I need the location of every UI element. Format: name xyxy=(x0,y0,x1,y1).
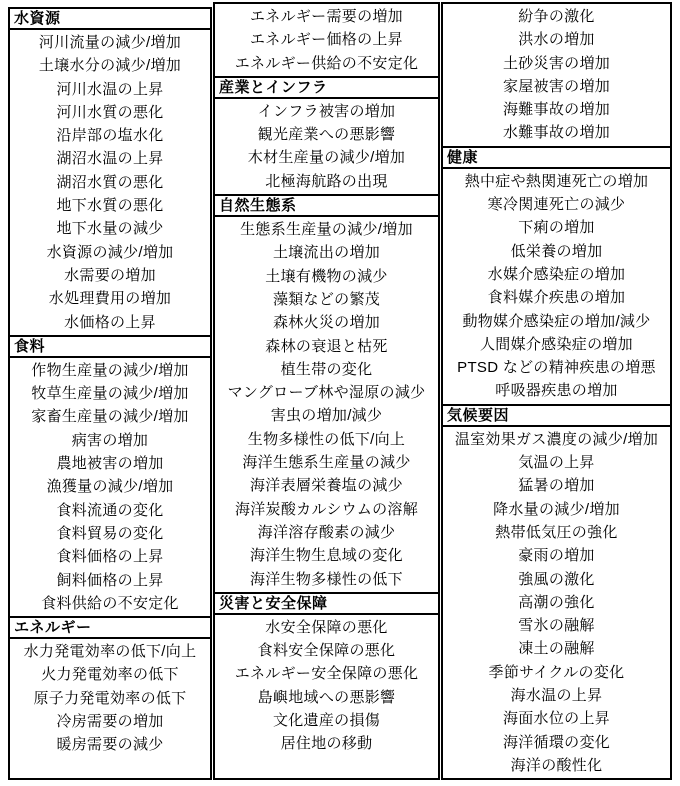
list-item: 高潮の強化 xyxy=(445,591,668,614)
section-health: 健康熱中症や熱関連死亡の増加寒冷関連死亡の減少下痢の増加低栄養の増加水媒介感染症… xyxy=(441,146,672,406)
list-item: 地下水質の悪化 xyxy=(12,194,208,217)
section-header-water-resources: 水資源 xyxy=(8,7,212,30)
list-item: 紛争の激化 xyxy=(445,5,668,28)
list-item: 海洋の酸性化 xyxy=(445,754,668,777)
section-header-food: 食料 xyxy=(8,335,212,358)
list-item: 食料流通の変化 xyxy=(12,499,208,522)
list-item: 島嶼地域への悪影響 xyxy=(217,686,436,709)
list-item: 北極海航路の出現 xyxy=(217,170,436,193)
list-item: 海洋生物多様性の低下 xyxy=(217,568,436,591)
list-item: 寒冷関連死亡の減少 xyxy=(445,193,668,216)
list-item: 地下水量の減少 xyxy=(12,217,208,240)
list-item: エネルギー供給の不安定化 xyxy=(217,52,436,75)
list-item: 豪雨の増加 xyxy=(445,544,668,567)
list-item: 熱帯低気圧の強化 xyxy=(445,521,668,544)
section-items-food: 作物生産量の減少/増加牧草生産量の減少/増加家畜生産量の減少/増加病害の増加農地… xyxy=(8,356,212,618)
list-item: 原子力発電効率の低下 xyxy=(12,687,208,710)
section-items-water-resources: 河川流量の減少/増加土壌水分の減少/増加河川水温の上昇河川水質の悪化沿岸部の塩水… xyxy=(8,28,212,337)
list-item: 猛暑の増加 xyxy=(445,474,668,497)
list-item: マングローブ林や湿原の減少 xyxy=(217,381,436,404)
list-item: 作物生産量の減少/増加 xyxy=(12,359,208,382)
list-item: 海面水位の上昇 xyxy=(445,707,668,730)
list-item: 気温の上昇 xyxy=(445,451,668,474)
list-item: PTSD などの精神疾患の増悪 xyxy=(445,356,668,379)
list-item: 藻類などの繁茂 xyxy=(217,288,436,311)
list-item: 洪水の増加 xyxy=(445,28,668,51)
list-item: 害虫の増加/減少 xyxy=(217,404,436,427)
section-industry-infrastructure: 産業とインフラインフラ被害の増加観光産業への悪影響木材生産量の減少/増加北極海航… xyxy=(213,76,440,196)
list-item: 雪氷の融解 xyxy=(445,614,668,637)
list-item: 土壌水分の減少/増加 xyxy=(12,54,208,77)
list-item: 森林の衰退と枯死 xyxy=(217,335,436,358)
list-item: 居住地の移動 xyxy=(217,732,436,755)
list-item: 水力発電効率の低下/向上 xyxy=(12,640,208,663)
list-item: 水媒介感染症の増加 xyxy=(445,263,668,286)
list-item: 森林火災の増加 xyxy=(217,311,436,334)
section-header-disaster-security: 災害と安全保障 xyxy=(213,592,440,615)
list-item: インフラ被害の増加 xyxy=(217,100,436,123)
list-item: エネルギー需要の増加 xyxy=(217,5,436,28)
list-item: 人間媒介感染症の増加 xyxy=(445,333,668,356)
list-item: 火力発電効率の低下 xyxy=(12,663,208,686)
list-item: 農地被害の増加 xyxy=(12,452,208,475)
list-item: 水価格の上昇 xyxy=(12,311,208,334)
list-item: 海洋生物生息域の変化 xyxy=(217,544,436,567)
section-items-health: 熱中症や熱関連死亡の増加寒冷関連死亡の減少下痢の増加低栄養の増加水媒介感染症の増… xyxy=(441,167,672,406)
list-item: 土壌有機物の減少 xyxy=(217,265,436,288)
list-item: 食料貿易の変化 xyxy=(12,522,208,545)
list-item: 凍土の融解 xyxy=(445,637,668,660)
list-item: 水資源の減少/増加 xyxy=(12,241,208,264)
list-item: 呼吸器疾患の増加 xyxy=(445,379,668,402)
list-item: エネルギー安全保障の悪化 xyxy=(217,662,436,685)
section-header-health: 健康 xyxy=(441,146,672,169)
list-item: 海水温の上昇 xyxy=(445,684,668,707)
section-energy: エネルギー水力発電効率の低下/向上火力発電効率の低下原子力発電効率の低下冷房需要… xyxy=(8,616,212,780)
list-item: 河川流量の減少/増加 xyxy=(12,31,208,54)
list-item: 食料供給の不安定化 xyxy=(12,592,208,615)
list-item: 熱中症や熱関連死亡の増加 xyxy=(445,170,668,193)
list-item: 牧草生産量の減少/増加 xyxy=(12,382,208,405)
section-natural-ecosystems: 自然生態系生態系生産量の減少/増加土壌流出の増加土壌有機物の減少藻類などの繁茂森… xyxy=(213,194,440,594)
list-item: 土壌流出の増加 xyxy=(217,241,436,264)
section-water-resources: 水資源河川流量の減少/増加土壌水分の減少/増加河川水温の上昇河川水質の悪化沿岸部… xyxy=(8,7,212,337)
list-item: 飼料価格の上昇 xyxy=(12,569,208,592)
list-item: 文化遺産の損傷 xyxy=(217,709,436,732)
section-climate-factors: 気候要因温室効果ガス濃度の減少/増加気温の上昇猛暑の増加降水量の減少/増加熱帯低… xyxy=(441,404,672,780)
section-items-energy-continued: エネルギー需要の増加エネルギー価格の上昇エネルギー供給の不安定化 xyxy=(213,2,440,78)
section-energy-continued: エネルギー需要の増加エネルギー価格の上昇エネルギー供給の不安定化 xyxy=(213,2,440,78)
list-item: 土砂災害の増加 xyxy=(445,52,668,75)
section-items-industry-infrastructure: インフラ被害の増加観光産業への悪影響木材生産量の減少/増加北極海航路の出現 xyxy=(213,97,440,196)
list-item: 観光産業への悪影響 xyxy=(217,123,436,146)
list-item: 沿岸部の塩水化 xyxy=(12,124,208,147)
column-middle: エネルギー需要の増加エネルギー価格の上昇エネルギー供給の不安定化産業とインフライ… xyxy=(213,2,440,780)
list-item: 食料安全保障の悪化 xyxy=(217,639,436,662)
list-item: 海洋表層栄養塩の減少 xyxy=(217,474,436,497)
list-item: 季節サイクルの変化 xyxy=(445,661,668,684)
list-item: 暖房需要の減少 xyxy=(12,733,208,756)
list-item: 家畜生産量の減少/増加 xyxy=(12,405,208,428)
list-item: 木材生産量の減少/増加 xyxy=(217,146,436,169)
section-disaster-security-continued: 紛争の激化洪水の増加土砂災害の増加家屋被害の増加海難事故の増加水難事故の増加 xyxy=(441,2,672,148)
section-items-energy: 水力発電効率の低下/向上火力発電効率の低下原子力発電効率の低下冷房需要の増加暖房… xyxy=(8,637,212,780)
list-item: 食料価格の上昇 xyxy=(12,545,208,568)
list-item: 下痢の増加 xyxy=(445,216,668,239)
list-item: 水安全保障の悪化 xyxy=(217,616,436,639)
list-item: 海洋循環の変化 xyxy=(445,731,668,754)
section-header-energy: エネルギー xyxy=(8,616,212,639)
list-item: 生物多様性の低下/向上 xyxy=(217,428,436,451)
list-item: 河川水温の上昇 xyxy=(12,78,208,101)
list-item: 低栄養の増加 xyxy=(445,240,668,263)
list-item: 海洋溶存酸素の減少 xyxy=(217,521,436,544)
list-item: 食料媒介疾患の増加 xyxy=(445,286,668,309)
section-items-climate-factors: 温室効果ガス濃度の減少/増加気温の上昇猛暑の増加降水量の減少/増加熱帯低気圧の強… xyxy=(441,425,672,780)
list-item: 水需要の増加 xyxy=(12,264,208,287)
list-item: エネルギー価格の上昇 xyxy=(217,28,436,51)
list-item: 温室効果ガス濃度の減少/増加 xyxy=(445,428,668,451)
list-item: 家屋被害の増加 xyxy=(445,75,668,98)
list-item: 病害の増加 xyxy=(12,429,208,452)
list-item: 生態系生産量の減少/増加 xyxy=(217,218,436,241)
list-item: 強風の激化 xyxy=(445,568,668,591)
list-item: 冷房需要の増加 xyxy=(12,710,208,733)
list-item: 海洋生態系生産量の減少 xyxy=(217,451,436,474)
list-item: 海洋炭酸カルシウムの溶解 xyxy=(217,498,436,521)
list-item: 海難事故の増加 xyxy=(445,98,668,121)
list-item: 動物媒介感染症の増加/減少 xyxy=(445,310,668,333)
list-item: 湖沼水温の上昇 xyxy=(12,147,208,170)
list-item: 水処理費用の増加 xyxy=(12,287,208,310)
column-right: 紛争の激化洪水の増加土砂災害の増加家屋被害の増加海難事故の増加水難事故の増加健康… xyxy=(441,2,672,780)
section-items-disaster-security: 水安全保障の悪化食料安全保障の悪化エネルギー安全保障の悪化島嶼地域への悪影響文化… xyxy=(213,613,440,780)
list-item: 湖沼水質の悪化 xyxy=(12,171,208,194)
section-header-natural-ecosystems: 自然生態系 xyxy=(213,194,440,217)
list-item: 水難事故の増加 xyxy=(445,121,668,144)
column-left: 水資源河川流量の減少/増加土壌水分の減少/増加河川水温の上昇河川水質の悪化沿岸部… xyxy=(8,7,212,780)
list-item: 漁獲量の減少/増加 xyxy=(12,475,208,498)
impact-category-table: 水資源河川流量の減少/増加土壌水分の減少/増加河川水温の上昇河川水質の悪化沿岸部… xyxy=(0,0,680,786)
section-disaster-security: 災害と安全保障水安全保障の悪化食料安全保障の悪化エネルギー安全保障の悪化島嶼地域… xyxy=(213,592,440,780)
section-header-climate-factors: 気候要因 xyxy=(441,404,672,427)
section-items-natural-ecosystems: 生態系生産量の減少/増加土壌流出の増加土壌有機物の減少藻類などの繁茂森林火災の増… xyxy=(213,215,440,594)
section-header-industry-infrastructure: 産業とインフラ xyxy=(213,76,440,99)
section-items-disaster-security-continued: 紛争の激化洪水の増加土砂災害の増加家屋被害の増加海難事故の増加水難事故の増加 xyxy=(441,2,672,148)
list-item: 河川水質の悪化 xyxy=(12,101,208,124)
list-item: 植生帯の変化 xyxy=(217,358,436,381)
list-item: 降水量の減少/増加 xyxy=(445,498,668,521)
section-food: 食料作物生産量の減少/増加牧草生産量の減少/増加家畜生産量の減少/増加病害の増加… xyxy=(8,335,212,618)
